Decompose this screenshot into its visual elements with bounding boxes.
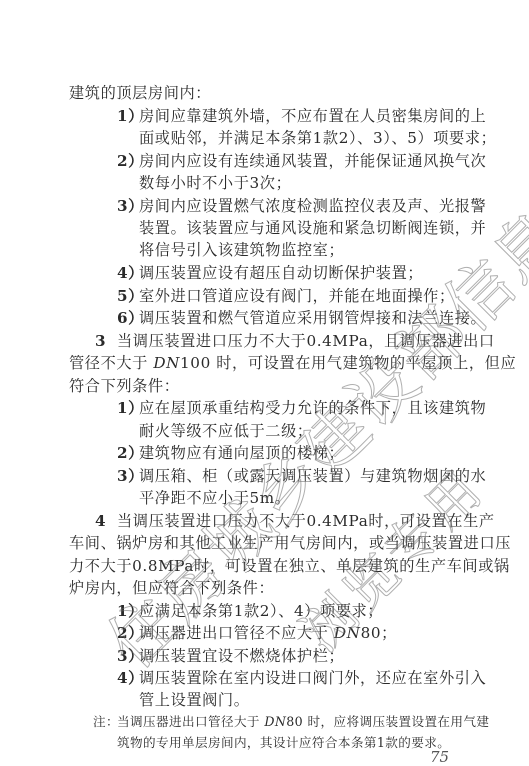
- dn-symbol: DN: [153, 354, 180, 372]
- item-text: 房间应靠建筑外墙，不应布置在人员密集房间的上: [139, 106, 486, 126]
- clause-text: 当调压装置进口压力不大于0.4MPa时，可设置在生产: [117, 511, 495, 531]
- item-continuation: 面或贴邻，并满足本条第1款2）、3）、5）项要求；: [139, 128, 496, 148]
- item-continuation: 将信号引入该建筑物监控室；: [139, 240, 344, 260]
- text-segment: 管径不大于: [69, 354, 153, 372]
- dn-symbol: DN: [264, 714, 286, 729]
- note-continuation: 筑物的专用单层房间内，其设计应符合本条第1款的要求。: [117, 733, 450, 753]
- item-text: 房间内应设置燃气浓度检测监控仪表及声、光报警: [139, 196, 486, 216]
- item-text: 调压装置除在室内设进口阀门外，还应在室外引入: [139, 668, 486, 688]
- item-text: 应满足本条第1款2）、4）项要求；: [139, 601, 383, 621]
- note-text: 当调压器进出口管径大于 DN80 时，应将调压装置设置在用气建: [117, 712, 489, 732]
- text-segment: 80 时，应将调压装置设置在用气建: [286, 714, 489, 729]
- item-text: 房间内应设有连续通风装置，并能保证通风换气次: [139, 151, 486, 171]
- text-segment: 调压器进出口管径不应大于: [139, 624, 334, 642]
- item-text: 调压装置和燃气管道应采用钢管焊接和法兰连接。: [139, 308, 486, 328]
- item-text: 调压箱、柜（或露天调压装置）与建筑物烟囱的水: [139, 466, 486, 486]
- body-line: 车间、锅炉房和其他工业生产用气房间内，或当调压装置进口压: [69, 533, 511, 553]
- item-text: 调压装置宜设不燃烧体护栏；: [139, 646, 344, 666]
- text-segment: 80；: [361, 624, 397, 642]
- page-number: 75: [430, 748, 449, 766]
- item-continuation: 装置。该装置应与通风设施和紧急切断阀连锁，并: [139, 218, 486, 238]
- item-continuation: 平净距不应小于5m。: [139, 488, 291, 508]
- text-segment: 当调压器进出口管径大于: [117, 714, 264, 729]
- item-text: 应在屋顶承重结构受力允许的条件下，且该建筑物: [139, 398, 486, 418]
- body-line: 力不大于0.8MPa时，可设置在独立、单层建筑的生产车间或锅: [69, 556, 510, 576]
- item-text: 室外进口管道应设有阀门，并能在地面操作；: [139, 286, 455, 306]
- note-label: 注：: [93, 712, 119, 732]
- body-line: 炉房内，但应符合下列条件：: [69, 578, 274, 598]
- body-line: 建筑的顶层房间内：: [69, 83, 211, 103]
- item-continuation: 数每小时不小于3次；: [139, 173, 291, 193]
- text-segment: 100 时，可设置在用气建筑物的平屋顶上，但应: [180, 354, 516, 372]
- item-continuation: 管上设置阀门。: [139, 690, 250, 710]
- item-continuation: 耐火等级不应低于二级；: [139, 421, 313, 441]
- document-page: 建筑的顶层房间内： 1） 房间应靠建筑外墙，不应布置在人员密集房间的上 面或贴邻…: [0, 0, 529, 766]
- clause-text: 当调压装置进口压力不大于0.4MPa，且调压器进出口: [117, 331, 495, 351]
- clause-number: 3: [95, 331, 106, 351]
- body-line: 管径不大于 DN100 时，可设置在用气建筑物的平屋顶上，但应: [69, 353, 516, 373]
- clause-number: 4: [95, 511, 106, 531]
- item-text: 调压器进出口管径不应大于 DN80；: [139, 623, 397, 643]
- body-line: 符合下列条件：: [69, 376, 180, 396]
- item-text: 建筑物应有通向屋顶的楼梯；: [139, 443, 344, 463]
- item-text: 调压装置应设有超压自动切断保护装置；: [139, 263, 423, 283]
- dn-symbol: DN: [334, 624, 361, 642]
